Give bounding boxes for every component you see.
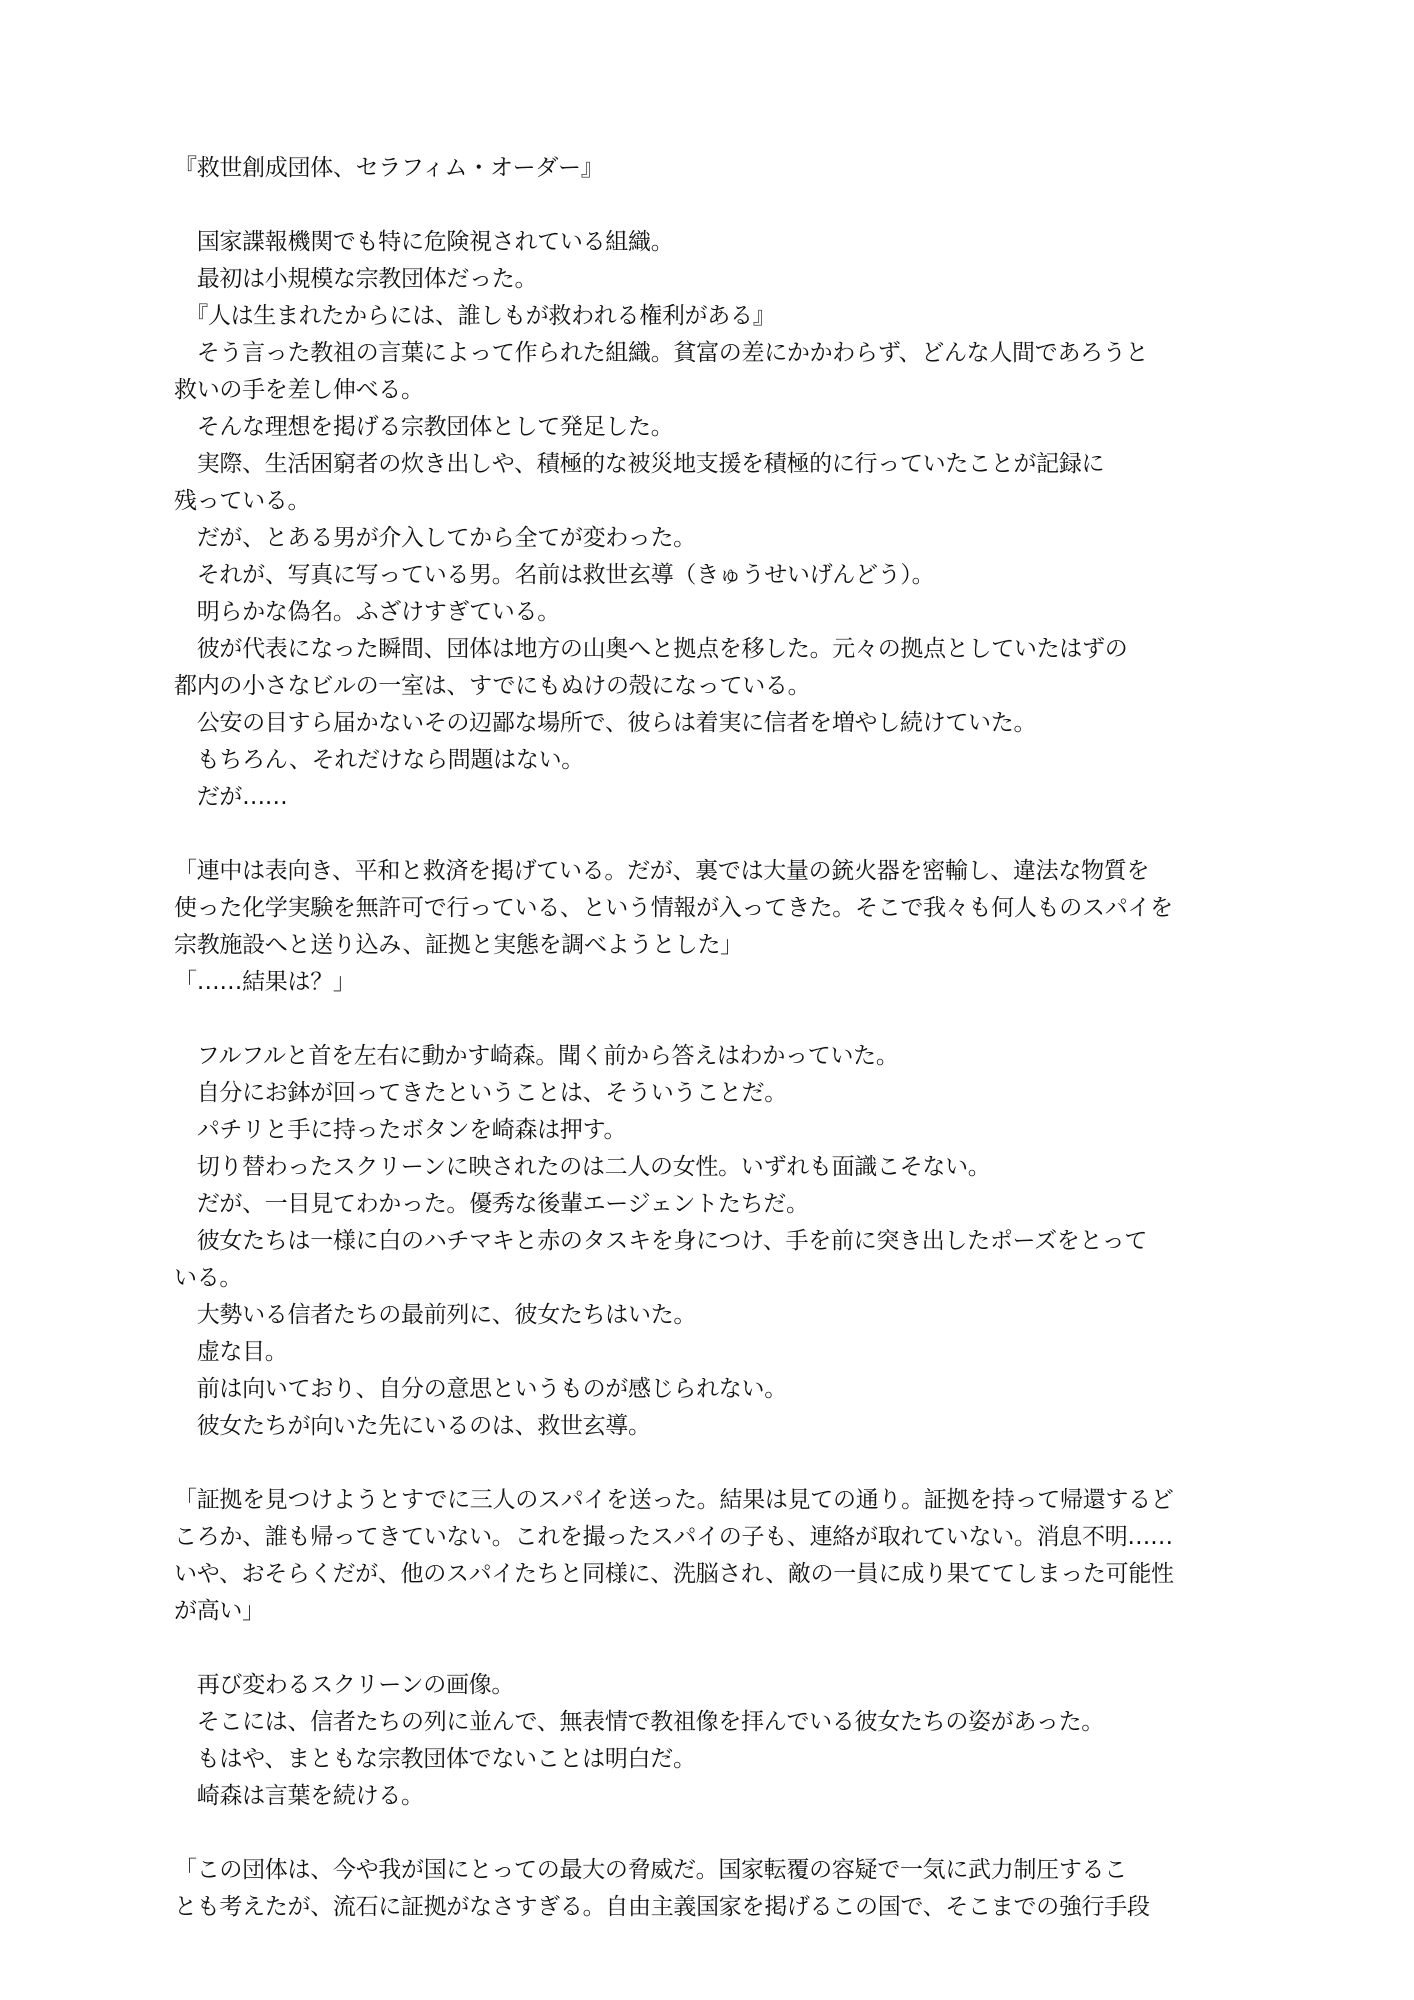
paragraph-dialogue-threat: 「この団体は、今や我が国にとっての最大の脅威だ。国家転覆の容疑で一気に武力制圧す… [174, 1852, 1254, 1926]
dialogue-line: 「……結果は？」 [174, 964, 1254, 1001]
text-line: 『人は生まれたからには、誰しもが救われる権利がある』 [174, 298, 1254, 335]
text-line: 公安の目すら届かないその辺鄙な場所で、彼らは着実に信者を増やし続けていた。 [174, 705, 1254, 742]
document-page: 『救世創成団体、セラフィム・オーダー』 国家諜報機関でも特に危険視されている組織… [174, 150, 1254, 1926]
text-line: パチリと手に持ったボタンを崎森は押す。 [174, 1112, 1254, 1149]
dialogue-line: 使った化学実験を無許可で行っている、という情報が入ってきた。そこで我々も何人もの… [174, 890, 1254, 927]
paragraph-narration-intro: 国家諜報機関でも特に危険視されている組織。 最初は小規模な宗教団体だった。 『人… [174, 224, 1254, 816]
text-line: 大勢いる信者たちの最前列に、彼女たちはいた。 [174, 1297, 1254, 1334]
text-line: だが、とある男が介入してから全てが変わった。 [174, 520, 1254, 557]
dialogue-line: が高い」 [174, 1593, 1254, 1630]
text-line: フルフルと首を左右に動かす崎森。聞く前から答えはわかっていた。 [174, 1038, 1254, 1075]
text-line: そこには、信者たちの列に並んで、無表情で教祖像を拝んでいる彼女たちの姿があった。 [174, 1704, 1254, 1741]
paragraph-spacer [174, 816, 1254, 853]
paragraph-spacer [174, 1630, 1254, 1667]
document-title: 『救世創成団体、セラフィム・オーダー』 [174, 150, 1254, 187]
text-line: 再び変わるスクリーンの画像。 [174, 1667, 1254, 1704]
text-line: もちろん、それだけなら問題はない。 [174, 742, 1254, 779]
text-line: 虚な目。 [174, 1334, 1254, 1371]
text-line: もはや、まともな宗教団体でないことは明白だ。 [174, 1741, 1254, 1778]
text-line: 彼が代表になった瞬間、団体は地方の山奥へと拠点を移した。元々の拠点としていたはず… [174, 631, 1254, 668]
text-line: いる。 [174, 1260, 1254, 1297]
paragraph-spacer [174, 1815, 1254, 1852]
paragraph-spacer [174, 1445, 1254, 1482]
text-line: 前は向いており、自分の意思というものが感じられない。 [174, 1371, 1254, 1408]
text-line: そう言った教祖の言葉によって作られた組織。貧富の差にかかわらず、どんな人間であろ… [174, 335, 1254, 372]
text-line: そんな理想を掲げる宗教団体として発足した。 [174, 409, 1254, 446]
text-line: だが…… [174, 779, 1254, 816]
text-line: 彼女たちが向いた先にいるのは、救世玄導。 [174, 1408, 1254, 1445]
dialogue-line: ころか、誰も帰ってきていない。これを撮ったスパイの子も、連絡が取れていない。消息… [174, 1519, 1254, 1556]
dialogue-line: いや、おそらくだが、他のスパイたちと同様に、洗脳され、敵の一員に成り果ててしまっ… [174, 1556, 1254, 1593]
text-line: 自分にお鉢が回ってきたということは、そういうことだ。 [174, 1075, 1254, 1112]
text-line: 実際、生活困窮者の炊き出しや、積極的な被災地支援を積極的に行っていたことが記録に [174, 446, 1254, 483]
paragraph-narration-screen: フルフルと首を左右に動かす崎森。聞く前から答えはわかっていた。 自分にお鉢が回っ… [174, 1038, 1254, 1445]
text-line: 最初は小規模な宗教団体だった。 [174, 261, 1254, 298]
text-line: 崎森は言葉を続ける。 [174, 1778, 1254, 1815]
paragraph-narration-worship: 再び変わるスクリーンの画像。 そこには、信者たちの列に並んで、無表情で教祖像を拝… [174, 1667, 1254, 1815]
paragraph-dialogue-spies: 「証拠を見つけようとすでに三人のスパイを送った。結果は見ての通り。証拠を持って帰… [174, 1482, 1254, 1630]
dialogue-line: 「証拠を見つけようとすでに三人のスパイを送った。結果は見ての通り。証拠を持って帰… [174, 1482, 1254, 1519]
dialogue-line: 宗教施設へと送り込み、証拠と実態を調べようとした」 [174, 927, 1254, 964]
dialogue-line: 「この団体は、今や我が国にとっての最大の脅威だ。国家転覆の容疑で一気に武力制圧す… [174, 1852, 1254, 1889]
text-line: 明らかな偽名。ふざけすぎている。 [174, 594, 1254, 631]
text-line: だが、一目見てわかった。優秀な後輩エージェントたちだ。 [174, 1186, 1254, 1223]
text-line: 救いの手を差し伸べる。 [174, 372, 1254, 409]
dialogue-line: 「連中は表向き、平和と救済を掲げている。だが、裏では大量の銃火器を密輸し、違法な… [174, 853, 1254, 890]
text-line: それが、写真に写っている男。名前は救世玄導（きゅうせいげんどう）。 [174, 557, 1254, 594]
text-line: 切り替わったスクリーンに映されたのは二人の女性。いずれも面識こそない。 [174, 1149, 1254, 1186]
dialogue-line: とも考えたが、流石に証拠がなさすぎる。自由主義国家を掲げるこの国で、そこまでの強… [174, 1889, 1254, 1926]
paragraph-dialogue-report: 「連中は表向き、平和と救済を掲げている。だが、裏では大量の銃火器を密輸し、違法な… [174, 853, 1254, 1001]
paragraph-spacer [174, 1001, 1254, 1038]
text-line: 国家諜報機関でも特に危険視されている組織。 [174, 224, 1254, 261]
text-line: 彼女たちは一様に白のハチマキと赤のタスキを身につけ、手を前に突き出したポーズをと… [174, 1223, 1254, 1260]
text-line: 残っている。 [174, 483, 1254, 520]
text-line: 都内の小さなビルの一室は、すでにもぬけの殻になっている。 [174, 668, 1254, 705]
